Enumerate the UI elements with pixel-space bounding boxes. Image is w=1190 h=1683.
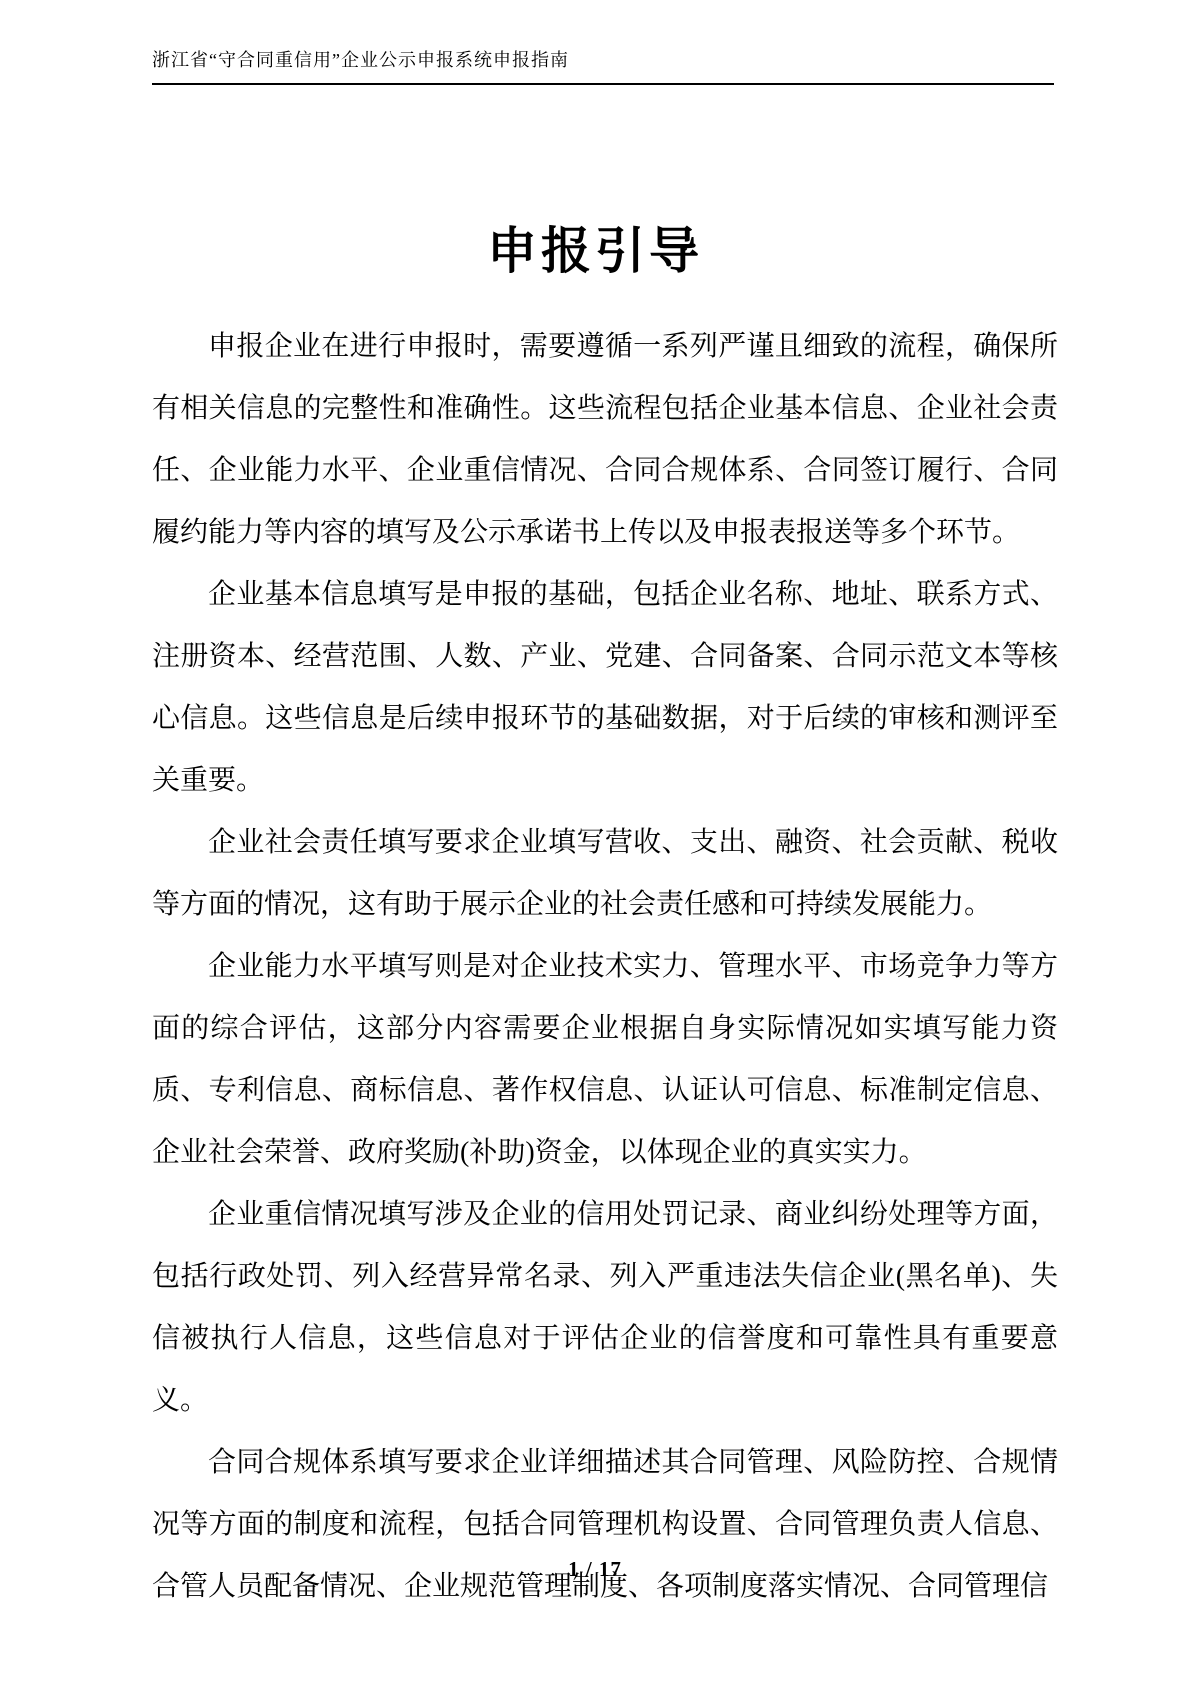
paragraph: 企业社会责任填写要求企业填写营收、支出、融资、社会贡献、税收等方面的情况，这有助… xyxy=(152,812,1058,936)
page-footer: 1 / 17 xyxy=(0,1557,1190,1582)
paragraph: 合同合规体系填写要求企业详细描述其合同管理、风险防控、合规情况等方面的制度和流程… xyxy=(152,1432,1058,1618)
body-paragraphs: 申报企业在进行申报时，需要遵循一系列严谨且细致的流程，确保所有相关信息的完整性和… xyxy=(152,316,1058,1618)
page-header: 浙江省“守合同重信用”企业公示申报系统申报指南 xyxy=(152,46,1054,85)
document-title: 申报引导 xyxy=(0,211,1190,283)
paragraph: 企业能力水平填写则是对企业技术实力、管理水平、市场竞争力等方面的综合评估，这部分… xyxy=(152,936,1058,1184)
document-page: 浙江省“守合同重信用”企业公示申报系统申报指南 申报引导 申报企业在进行申报时，… xyxy=(0,0,1190,1683)
header-title: 浙江省“守合同重信用”企业公示申报系统申报指南 xyxy=(152,46,1054,72)
page-number: 1 / 17 xyxy=(568,1557,622,1581)
paragraph: 企业重信情况填写涉及企业的信用处罚记录、商业纠纷处理等方面，包括行政处罚、列入经… xyxy=(152,1184,1058,1432)
paragraph: 企业基本信息填写是申报的基础，包括企业名称、地址、联系方式、注册资本、经营范围、… xyxy=(152,564,1058,812)
paragraph: 申报企业在进行申报时，需要遵循一系列严谨且细致的流程，确保所有相关信息的完整性和… xyxy=(152,316,1058,564)
